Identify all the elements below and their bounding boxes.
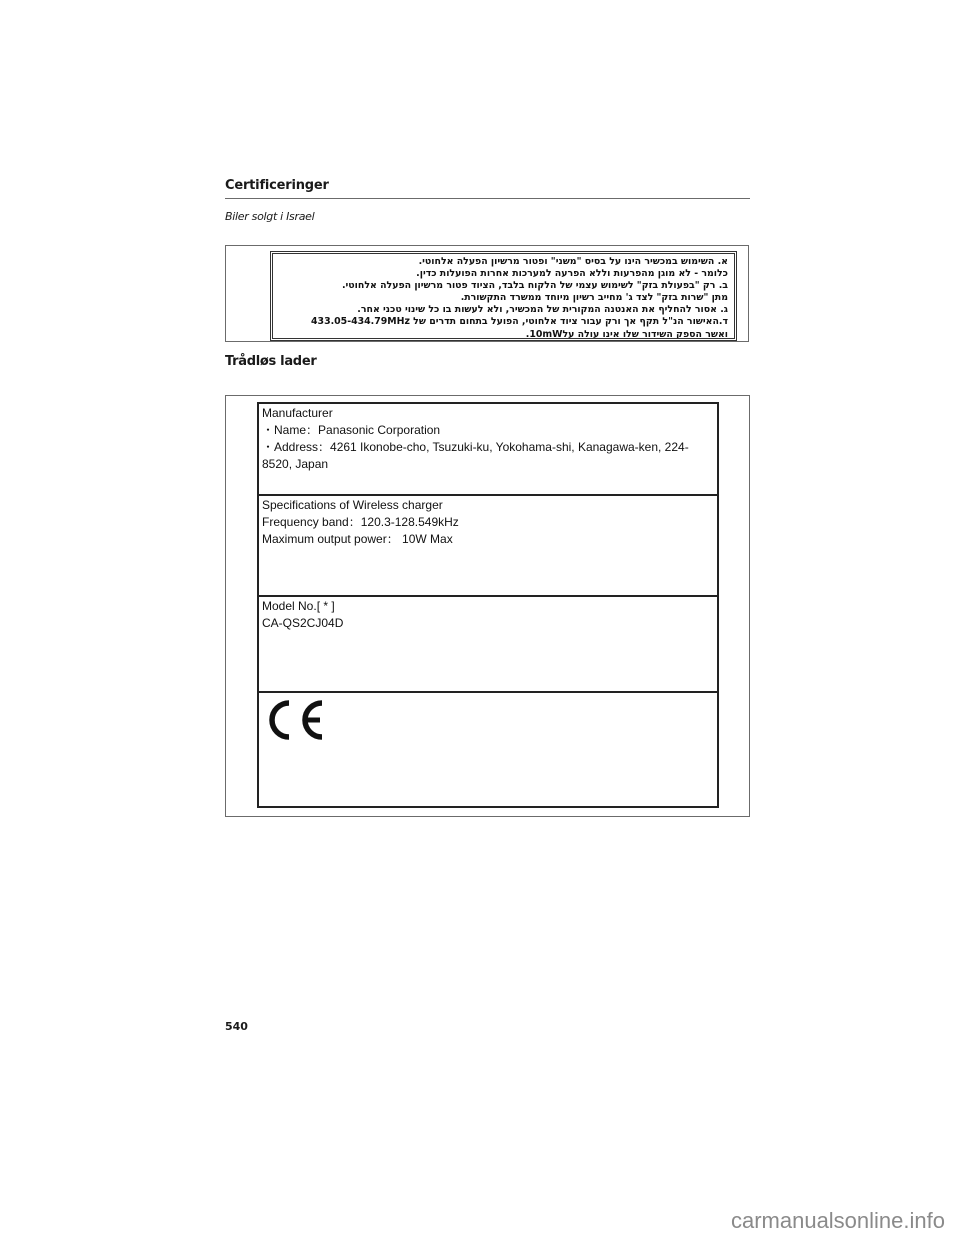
manufacturer-heading: Manufacturer xyxy=(262,405,714,422)
notice-line: מתן "שרות בזק" לצד ג' מחייב רשיון מיוחד … xyxy=(277,292,728,304)
israel-notice-box: א. השימוש במכשיר הינו על בסיס "משני" ופט… xyxy=(270,251,737,341)
page-number: 540 xyxy=(225,1020,248,1033)
max-output-power: Maximum output power： 10W Max xyxy=(262,531,714,548)
notice-line: ב. רק "בפעולת בזק" לשימוש עצמי של הלקוח … xyxy=(277,280,728,292)
wireless-charger-title: Trådløs lader xyxy=(225,354,316,369)
model-cell: Model No.[ * ] CA-QS2CJ04D xyxy=(259,597,717,693)
notice-line: כלומר - לא מוגן מהפרעות וללא הפרעה למערכ… xyxy=(277,268,728,280)
ce-mark-cell xyxy=(259,693,717,806)
section-divider xyxy=(225,198,750,199)
manufacturer-name: ・Name：Panasonic Corporation xyxy=(262,422,714,439)
notice-line: ד.האישור הנ"ל תקף אך ורק עבור ציוד אלחוט… xyxy=(277,316,728,328)
model-heading: Model No.[ * ] xyxy=(262,598,714,615)
manufacturer-address: ・Address：4261 Ikonobe-cho, Tsuzuki-ku, Y… xyxy=(262,439,714,473)
model-number: CA-QS2CJ04D xyxy=(262,615,714,632)
specifications-heading: Specifications of Wireless charger xyxy=(262,497,714,514)
manufacturer-cell: Manufacturer ・Name：Panasonic Corporation… xyxy=(259,404,717,496)
section-subtitle: Biler solgt i Israel xyxy=(225,210,314,223)
notice-line: ג. אסור להחליף את האנטנה המקורית של המכש… xyxy=(277,304,728,316)
wireless-charger-label: Manufacturer ・Name：Panasonic Corporation… xyxy=(257,402,719,808)
ce-mark-icon xyxy=(267,699,329,741)
watermark: carmanualsonline.info xyxy=(731,1208,945,1234)
frequency-band: Frequency band：120.3-128.549kHz xyxy=(262,514,714,531)
notice-line: ואשר הספק השידור שלו אינו עולה על10mW. xyxy=(277,329,728,341)
specifications-cell: Specifications of Wireless charger Frequ… xyxy=(259,496,717,597)
section-title: Certificeringer xyxy=(225,178,329,193)
notice-line: א. השימוש במכשיר הינו על בסיס "משני" ופט… xyxy=(277,256,728,268)
